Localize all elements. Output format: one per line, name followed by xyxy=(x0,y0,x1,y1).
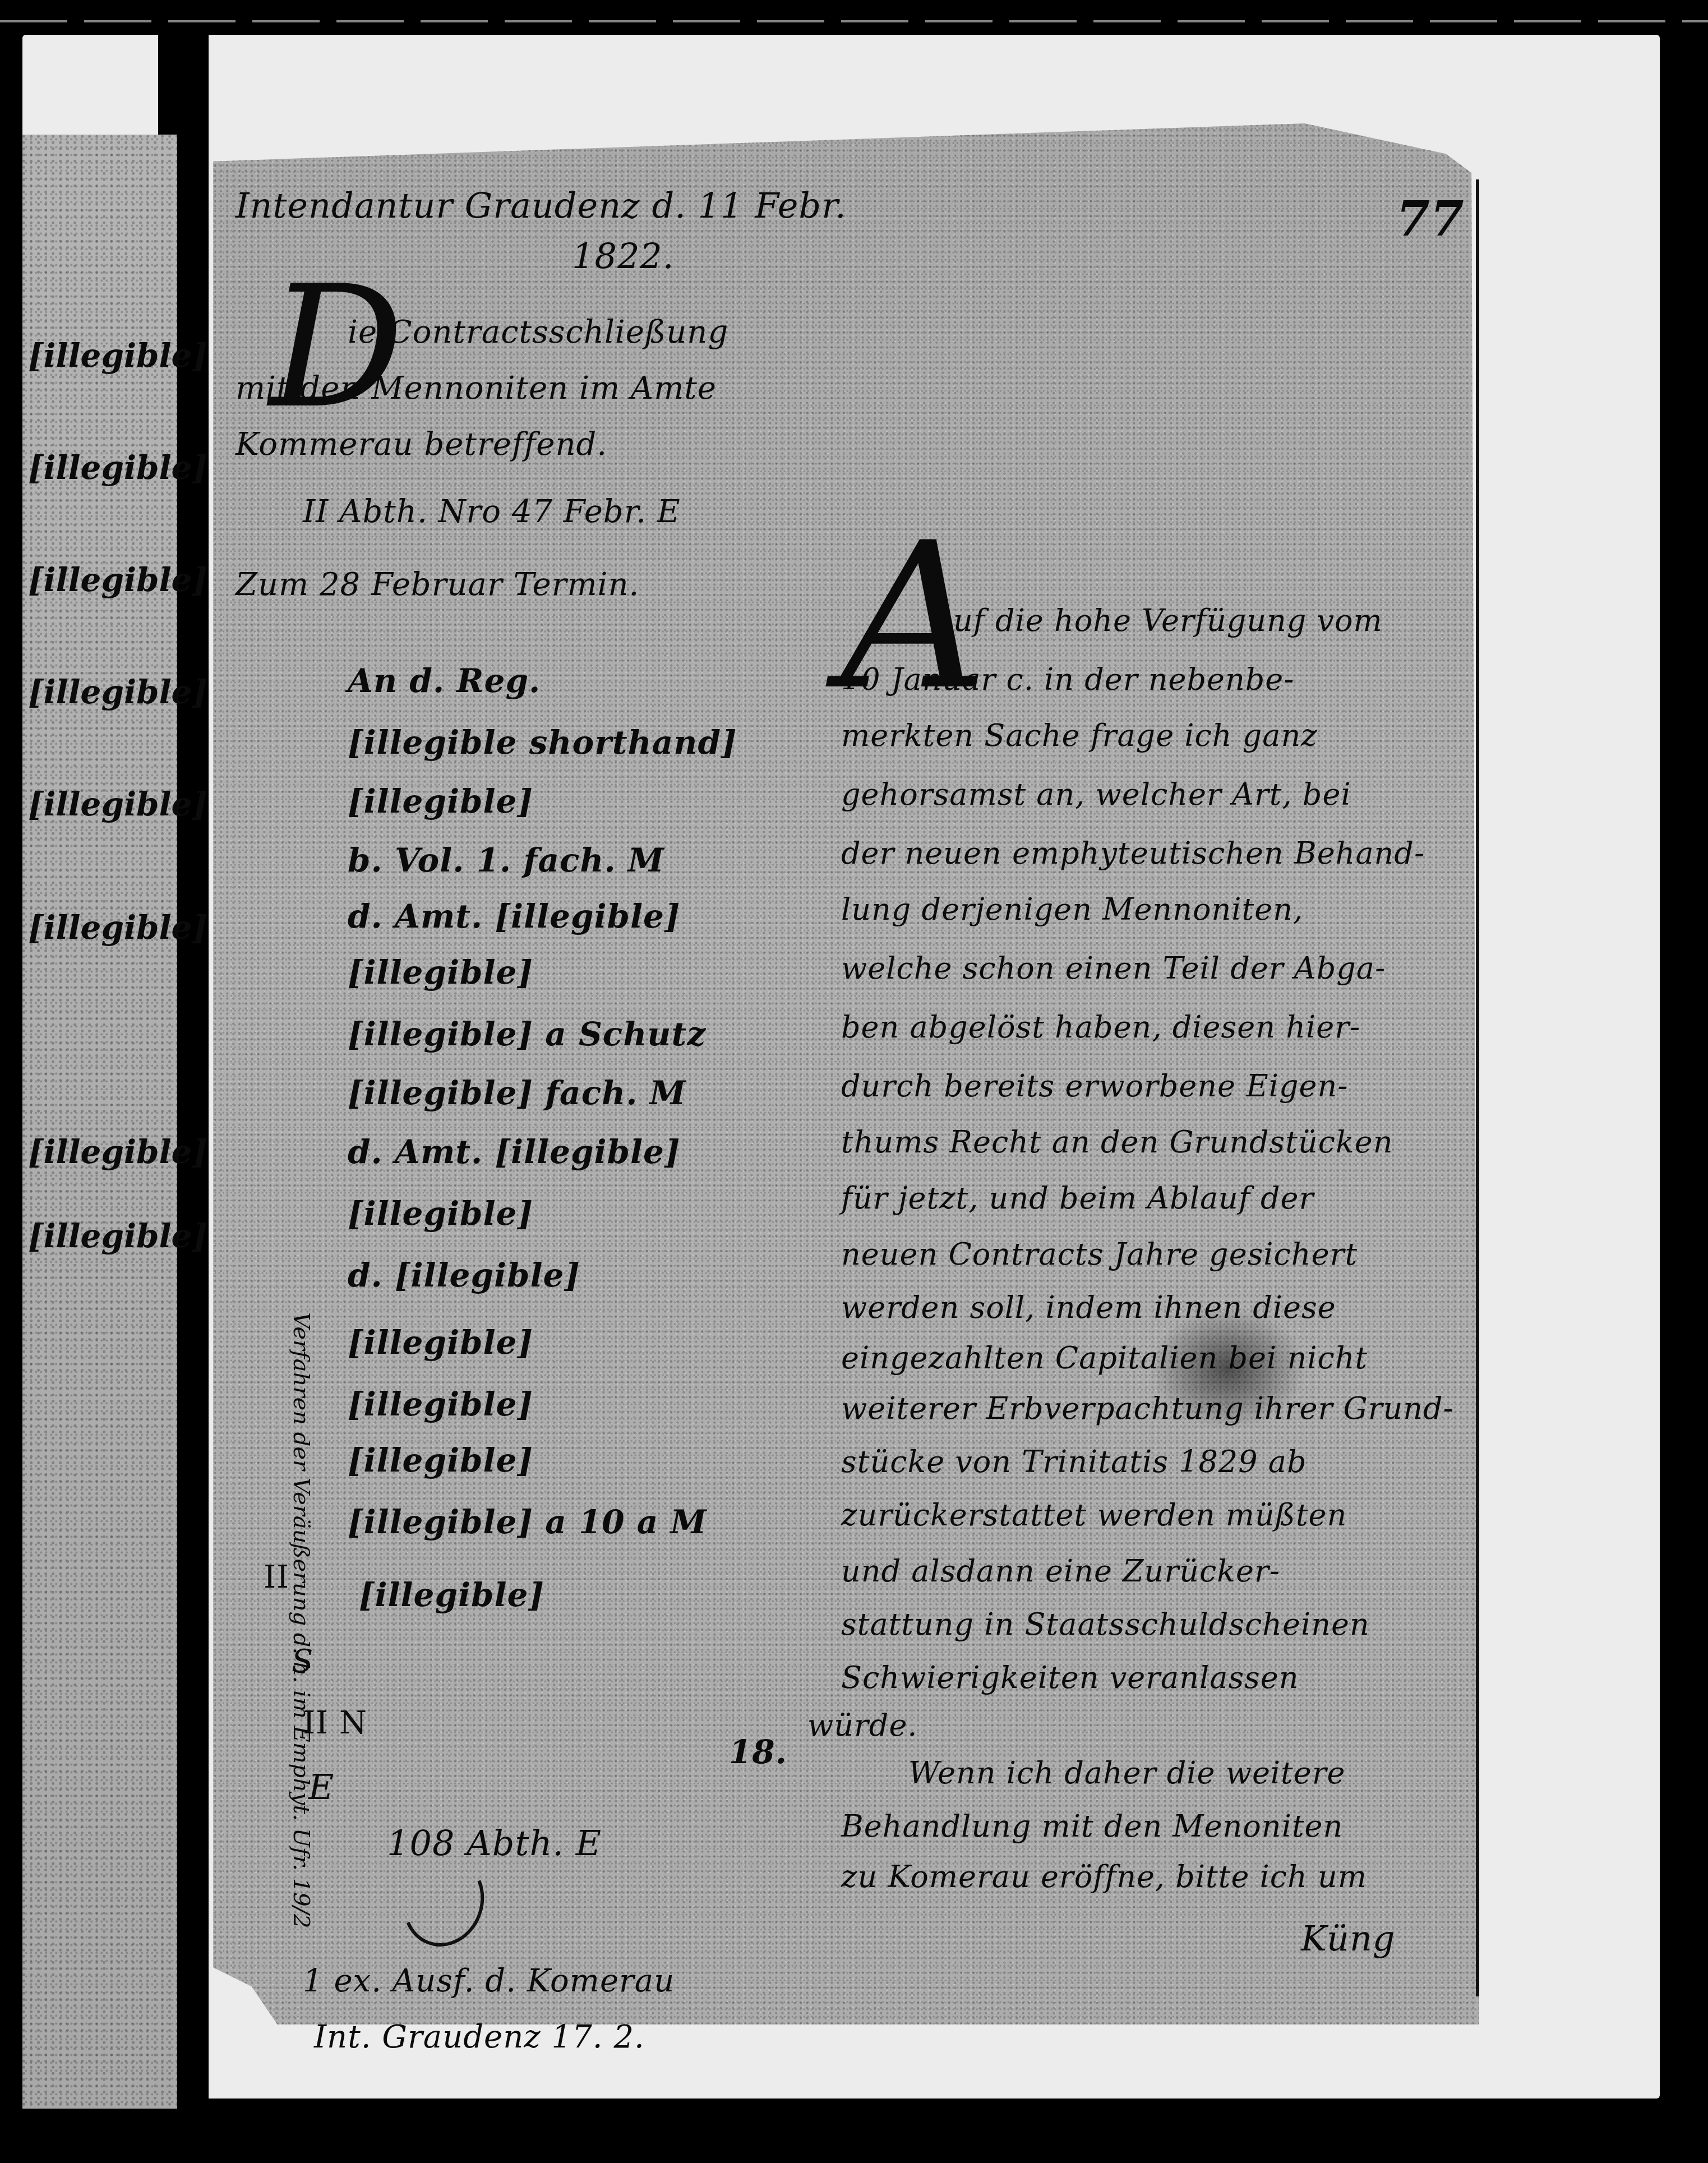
margin-note: [illegible] fach. M xyxy=(348,1074,686,1112)
strip-fragment: [illegible] xyxy=(28,336,207,375)
body-line: zurückerstattet werden müßten xyxy=(841,1497,1347,1533)
vertical-margin-note: Verfahren der Veräußerung d. h. im Emphy… xyxy=(288,1312,314,1929)
margin-note: [illegible] xyxy=(348,782,533,820)
folio-number: 77 xyxy=(1396,191,1465,247)
strip-fragment: [illegible] xyxy=(28,561,207,599)
dispatch-note: 1 ex. Ausf. d. Komerau xyxy=(303,1963,675,1999)
margin-note: [illegible] xyxy=(348,1441,533,1479)
body-line: der neuen emphyteutischen Behand- xyxy=(841,836,1425,871)
registry-mark: S xyxy=(292,1643,313,1680)
strip-fragment: [illegible] xyxy=(28,1133,207,1171)
strip-fragment: [illegible] xyxy=(28,449,207,487)
body-line: gehorsamst an, welcher Art, bei xyxy=(841,777,1351,812)
margin-note: [illegible] xyxy=(348,1323,533,1362)
signature: Küng xyxy=(1301,1918,1396,1959)
margin-note: [illegible] a 10 a M xyxy=(348,1503,707,1541)
margin-note: d. Amt. [illegible] xyxy=(348,897,680,935)
scan-frame: [illegible] [illegible] [illegible] [ill… xyxy=(0,0,1708,2163)
body-line: stattung in Staatsschuldscheinen xyxy=(841,1607,1370,1642)
registry-mark: E xyxy=(308,1767,334,1807)
registry-number: 108 Abth. E xyxy=(387,1823,602,1864)
body-line: neuen Contracts Jahre gesichert xyxy=(841,1237,1358,1272)
subject-line: ie Contractsschließung xyxy=(348,314,728,350)
body-line: 10 Januar c. in der nebenbe- xyxy=(841,662,1295,697)
body-line: uf die hohe Verfügung vom xyxy=(953,603,1383,638)
page-edge-shadow xyxy=(177,135,192,2109)
margin-note: [illegible] xyxy=(348,1385,533,1423)
body-line: Behandlung mit den Menoniten xyxy=(841,1809,1343,1844)
ink-stain xyxy=(1150,1307,1307,1430)
body-line: zu Komerau eröffne, bitte ich um xyxy=(841,1859,1367,1894)
deadline-note: Zum 28 Februar Termin. xyxy=(236,566,639,603)
subject-line: mit den Mennoniten im Amte xyxy=(236,370,717,407)
body-line: ben abgelöst haben, diesen hier- xyxy=(841,1009,1360,1045)
body-line: merkten Sache frage ich ganz xyxy=(841,718,1318,753)
body-line: stücke von Trinitatis 1829 ab xyxy=(841,1444,1307,1479)
strip-fragment: [illegible] xyxy=(28,785,207,823)
margin-note: [illegible] xyxy=(348,1195,533,1233)
body-line: würde. xyxy=(807,1708,918,1743)
margin-note: d. [illegible] xyxy=(348,1256,580,1294)
strip-fragment: [illegible] xyxy=(28,1217,207,1255)
registry-mark: II N xyxy=(303,1705,367,1741)
body-line: Wenn ich daher die weitere xyxy=(908,1755,1346,1791)
body-line: durch bereits erworbene Eigen- xyxy=(841,1068,1348,1104)
reference-number: II Abth. Nro 47 Febr. E xyxy=(303,494,681,530)
body-line: lung derjenigen Mennoniten, xyxy=(841,892,1303,927)
strip-fragment: [illegible] xyxy=(28,673,207,711)
page-right-edge xyxy=(1476,179,1479,1996)
header-sender-date: Intendantur Graudenz d. 11 Febr. xyxy=(236,185,847,226)
subject-line: Kommerau betreffend. xyxy=(236,426,607,463)
body-line: weiterer Erbverpachtung ihrer Grund- xyxy=(841,1391,1454,1426)
margin-note: An d. Reg. xyxy=(348,662,541,700)
body-line: und alsdann eine Zurücker- xyxy=(841,1553,1280,1589)
margin-note: [illegible] xyxy=(359,1576,544,1614)
dispatch-note: Int. Graudenz 17. 2. xyxy=(314,2019,645,2055)
margin-note: [illegible] a Schutz xyxy=(348,1015,706,1053)
adjacent-page-strip: [illegible] [illegible] [illegible] [ill… xyxy=(22,135,191,2109)
body-line: welche schon einen Teil der Abga- xyxy=(841,951,1386,986)
body-line: Schwierigkeiten veranlassen xyxy=(841,1660,1299,1695)
scan-top-edge xyxy=(0,20,1708,22)
strip-fragment: [illegible] xyxy=(28,908,207,947)
margin-note: [illegible] xyxy=(348,953,533,991)
margin-note: d. Amt. [illegible] xyxy=(348,1133,680,1171)
body-line: für jetzt, und beim Ablauf der xyxy=(841,1180,1314,1216)
margin-note: [illegible shorthand] xyxy=(348,723,737,762)
body-line: thums Recht an den Grundstücken xyxy=(841,1124,1393,1160)
margin-note: b. Vol. 1. fach. M xyxy=(348,841,664,879)
header-year: 1822. xyxy=(572,236,675,276)
registry-mark: II xyxy=(264,1559,289,1595)
margin-note: 18. xyxy=(729,1733,787,1771)
